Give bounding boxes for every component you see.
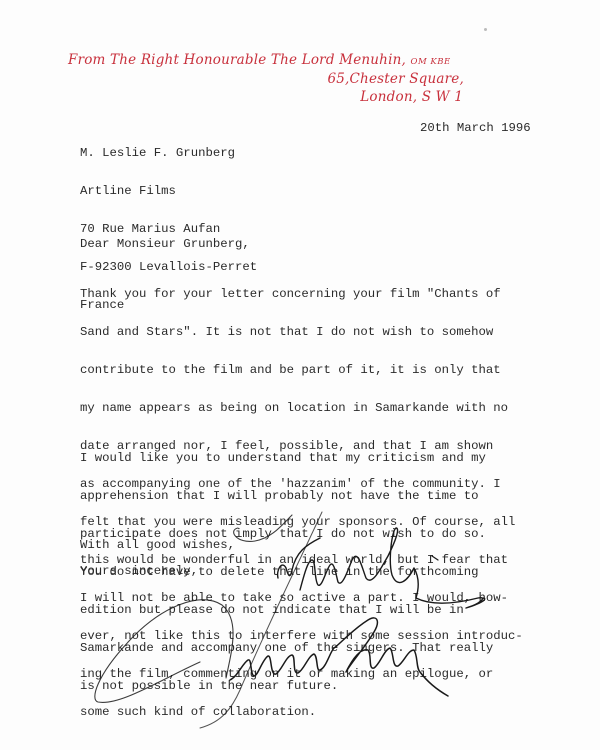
body-line: I would like you to understand that my c…	[80, 452, 493, 465]
body-line: Sand and Stars". It is not that I do not…	[80, 326, 523, 339]
letterhead-honors: OM KBE	[410, 57, 450, 67]
paper-speck	[484, 28, 487, 31]
body-line: some such kind of collaboration.	[80, 706, 523, 719]
letterhead-city: London, S W 1	[360, 89, 463, 105]
closing-wishes: With all good wishes,	[80, 539, 235, 552]
recipient-line: Artline Films	[80, 185, 257, 198]
recipient-line: 70 Rue Marius Aufan	[80, 223, 257, 236]
body-line: edition but please do not indicate that …	[80, 604, 493, 617]
letter-date: 20th March 1996	[420, 122, 531, 135]
body-line: my name appears as being on location in …	[80, 402, 523, 415]
body-line: contribute to the film and be part of it…	[80, 364, 523, 377]
letterhead-street: 65,Chester Square,	[327, 71, 464, 87]
letterhead-sender: From The Right Honourable The Lord Menuh…	[68, 52, 406, 68]
body-line: is not possible in the near future.	[80, 680, 493, 693]
body-line: Thank you for your letter concerning you…	[80, 288, 523, 301]
body-line: apprehension that I will probably not ha…	[80, 490, 493, 503]
salutation: Dear Monsieur Grunberg,	[80, 238, 250, 251]
letterhead-from: From The Right Honourable The Lord Menuh…	[68, 52, 451, 68]
body-line: Samarkande and accompany one of the sing…	[80, 642, 493, 655]
recipient-line: M. Leslie F. Grunberg	[80, 147, 257, 160]
closing-sign-off: Yours sincerely,	[80, 565, 198, 578]
